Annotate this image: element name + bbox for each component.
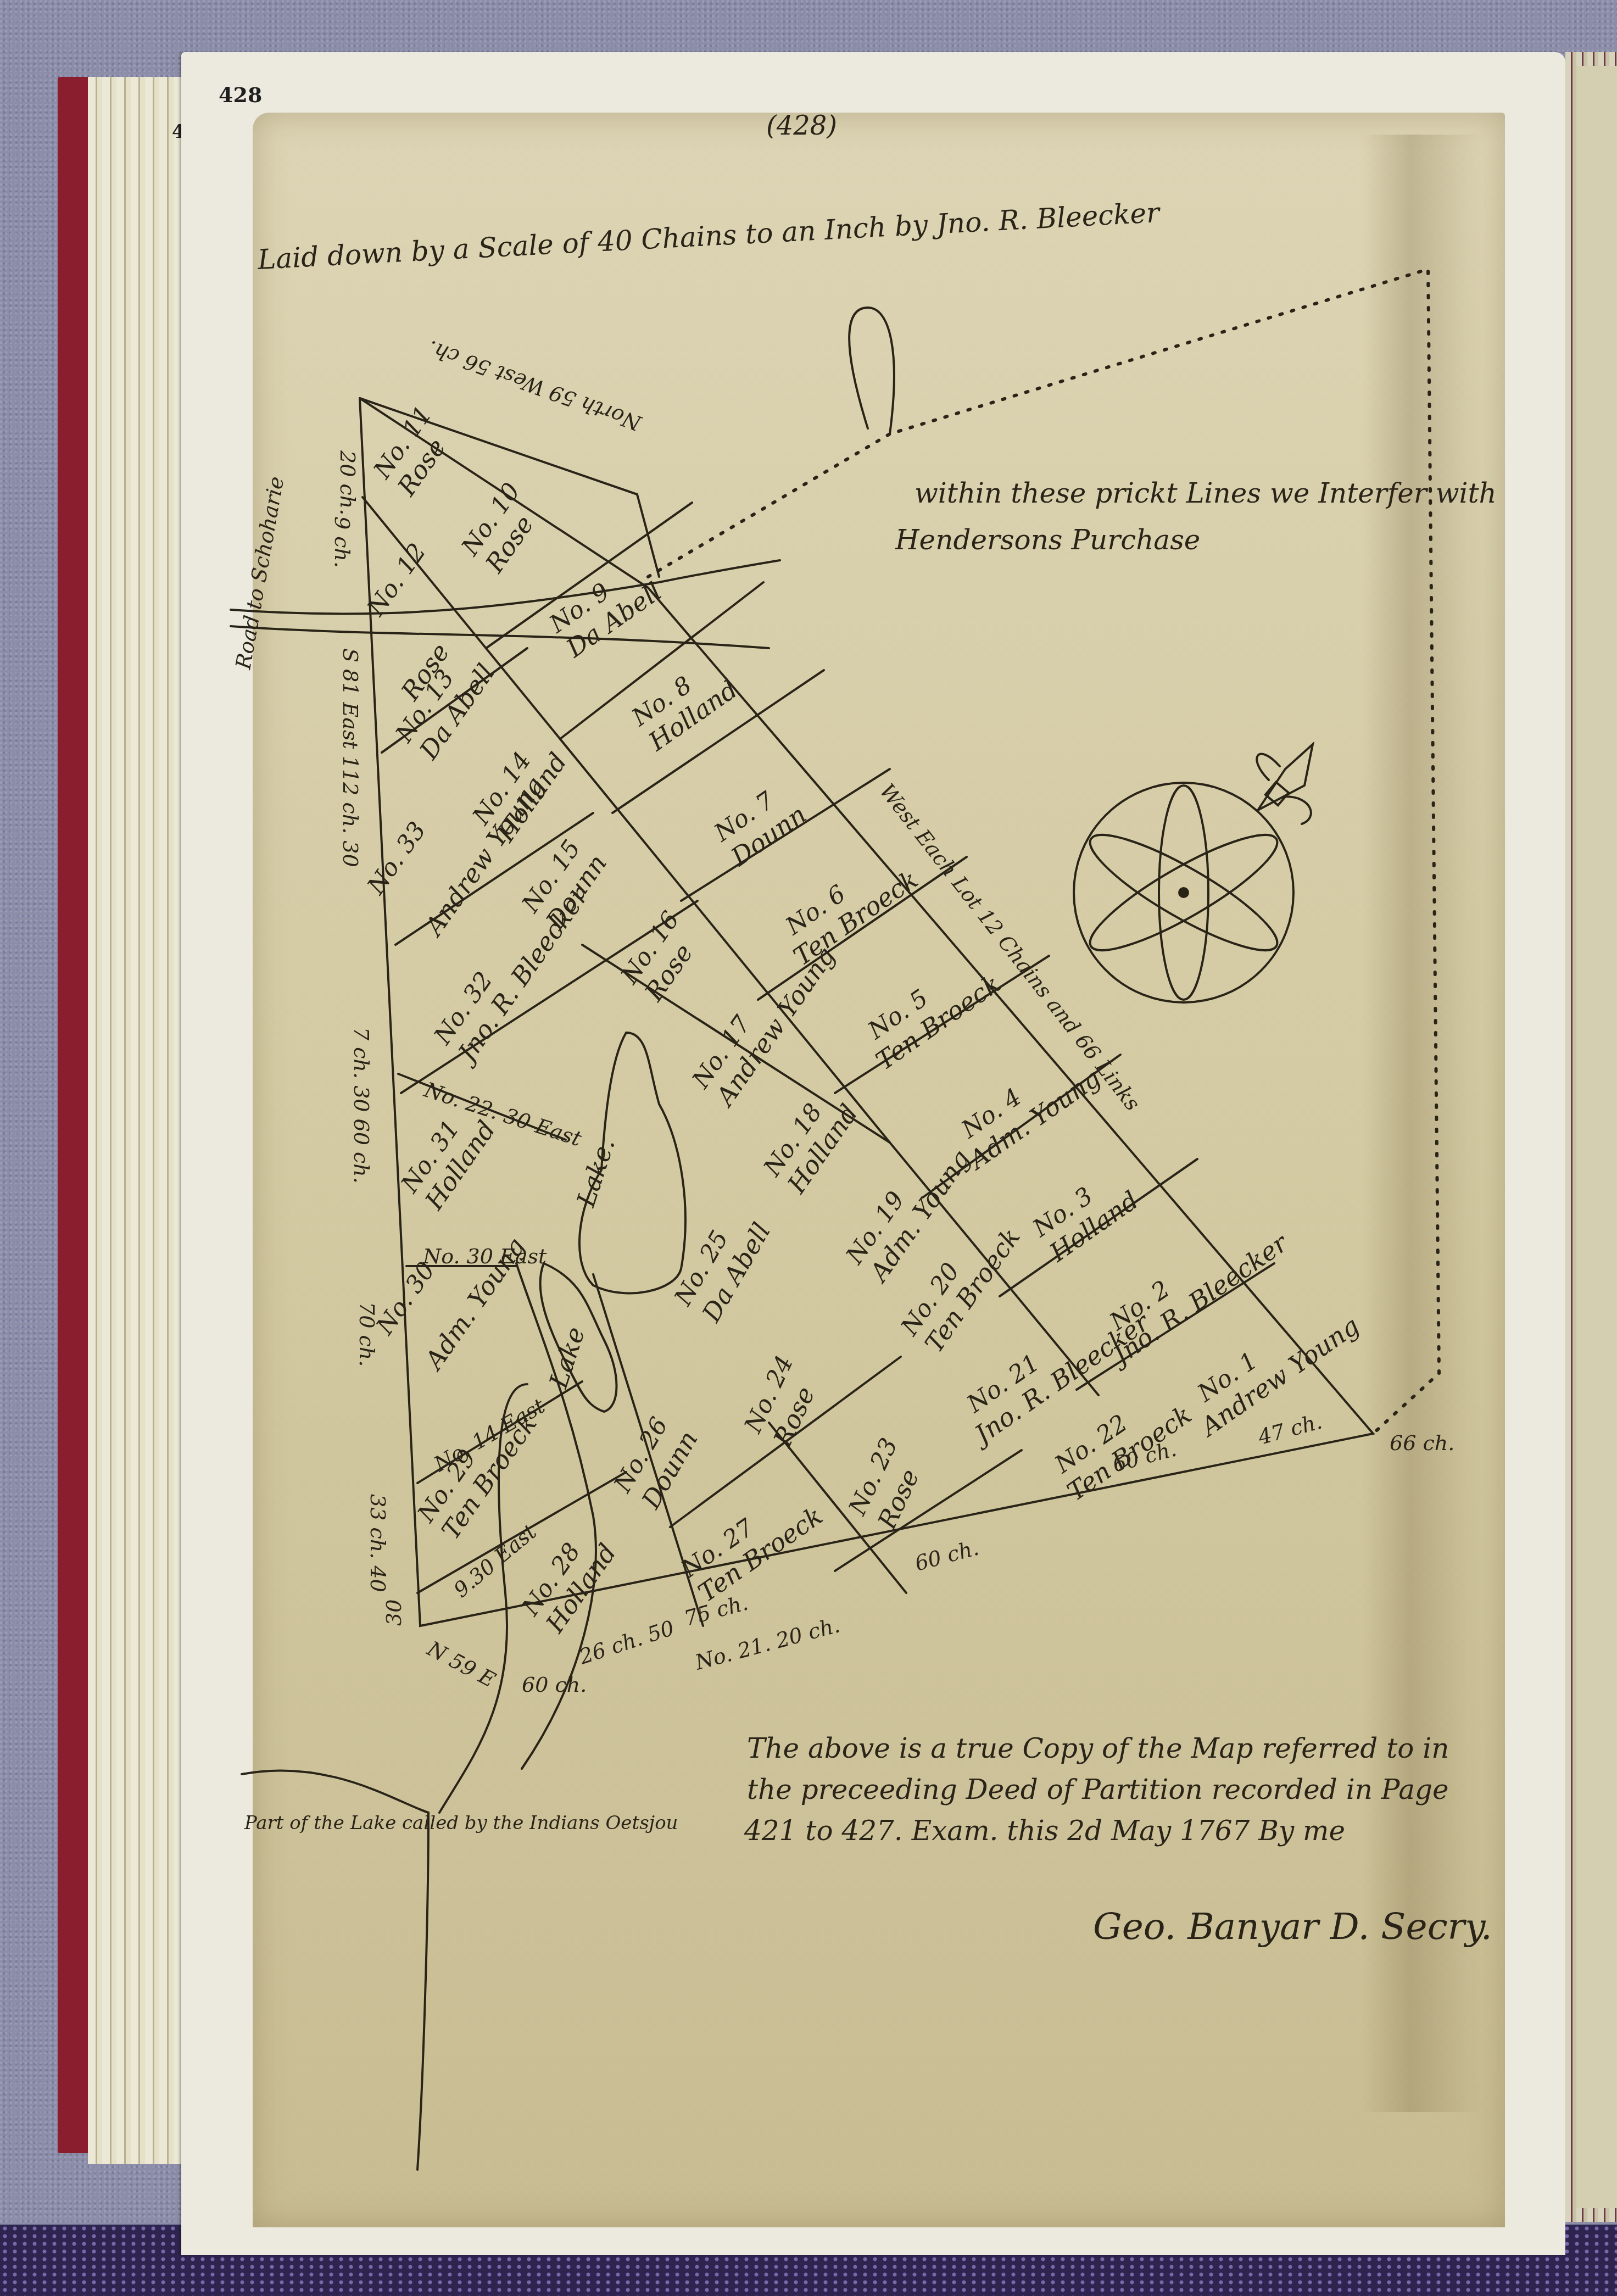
svg-text:No. 12: No. 12 [361, 538, 431, 621]
svg-text:The above is a true Copy of th: The above is a true Copy of the Map refe… [747, 1732, 1449, 1764]
parcel-11: No. 11Rose [368, 401, 462, 501]
east-boundary-note: West Each Lot 12 Chains and 66 Links [875, 779, 1145, 1115]
compass-rose-icon [1074, 744, 1313, 1002]
parcel-5: No. 5Ten Broeck [854, 945, 1006, 1076]
dim-south-west-seg: 60 ch. [522, 1673, 587, 1697]
map-title: Laid down by a Scale of 40 Chains to an … [257, 197, 1162, 276]
parcel-6: No. 6Ten Broeck [772, 841, 923, 972]
dim-south-seg-1: 26 ch. 50 [576, 1615, 677, 1669]
interference-note-1: within these prickt Lines we Interfer wi… [915, 477, 1497, 509]
dim-south-bearing: N 59 E [423, 1636, 500, 1692]
parcel-8: No. 8Holland [626, 651, 743, 757]
dim-south-seg-6: 47 ch. [1255, 1409, 1325, 1450]
dim-west-top: 20 ch. [336, 450, 360, 515]
folio-number: (428) [766, 110, 837, 141]
certification-block: The above is a true Copy of the Map refe… [744, 1732, 1492, 1948]
parcel-23: No. 23Rose [843, 1434, 933, 1534]
margin-note-road: Road to Schoharie [231, 475, 288, 672]
dim-west-upper: 9 ch. [330, 516, 354, 568]
parcel-labels: No. 1Andrew Young No. 2Jno. R. Bleecker … [333, 401, 1365, 1639]
dim-west-mid: 7 ch. 30 60 ch. [349, 1027, 373, 1184]
survey-map: (428) Laid down by a Scale of 40 Chains … [0, 0, 1617, 2296]
dim-west-bearing: S 81 East 112 ch. 30 [338, 648, 363, 867]
dim-north-line: North 59 West 56 ch. [425, 336, 645, 436]
parcel-19: No. 19Adm. Young [839, 1128, 976, 1288]
parcel-10: No. 10Rose [456, 478, 550, 578]
parcel-27: No. 27Ten Broeck [676, 1478, 828, 1608]
dim-se-corner: 66 ch. [1390, 1431, 1454, 1455]
svg-text:Part of the Lake called by the: Part of the Lake called by the Indians O… [244, 1812, 678, 1834]
parcel-30: No. 30Adm. Young [370, 1199, 531, 1377]
parcel-17: No. 17Andrew Young [685, 925, 841, 1112]
dim-west-bottom: 33 ch. 40 [366, 1494, 390, 1592]
margin-note-lake: Part of the Lake called by the Indians O… [244, 1812, 678, 1834]
dim-sw-corner: 30 [382, 1600, 406, 1626]
svg-text:the preceeding Deed of Partiti: the preceeding Deed of Partition recorde… [747, 1774, 1449, 1805]
parcel-4: No. 4Adm. Young [946, 1039, 1106, 1176]
dim-south-seg-4: 60 ch. [912, 1536, 982, 1576]
parcel-24: No. 24Rose [739, 1351, 829, 1451]
svg-text:421 to 427. Exam. this 2d May: 421 to 427. Exam. this 2d May 1767 By me [744, 1815, 1345, 1847]
signature: Geo. Banyar D. Secry. [1093, 1905, 1492, 1948]
parcel-26: No. 26Dounn [609, 1410, 704, 1514]
svg-text:No. 33: No. 33 [361, 817, 431, 900]
interference-note-2: Hendersons Purchase [895, 524, 1200, 556]
parcel-22: No. 22Ten Broeck [1045, 1376, 1197, 1507]
parcel-9: No. 9Da Abell [544, 553, 667, 664]
parcel-7: No. 7Dounn [709, 776, 811, 872]
parcel-18: No. 18Holland [758, 1083, 864, 1199]
dim-west-lower: 70 ch. [355, 1302, 379, 1367]
parcel-16: No. 16Rose [615, 906, 710, 1007]
parcel-3: No. 3Holland [1027, 1162, 1144, 1268]
